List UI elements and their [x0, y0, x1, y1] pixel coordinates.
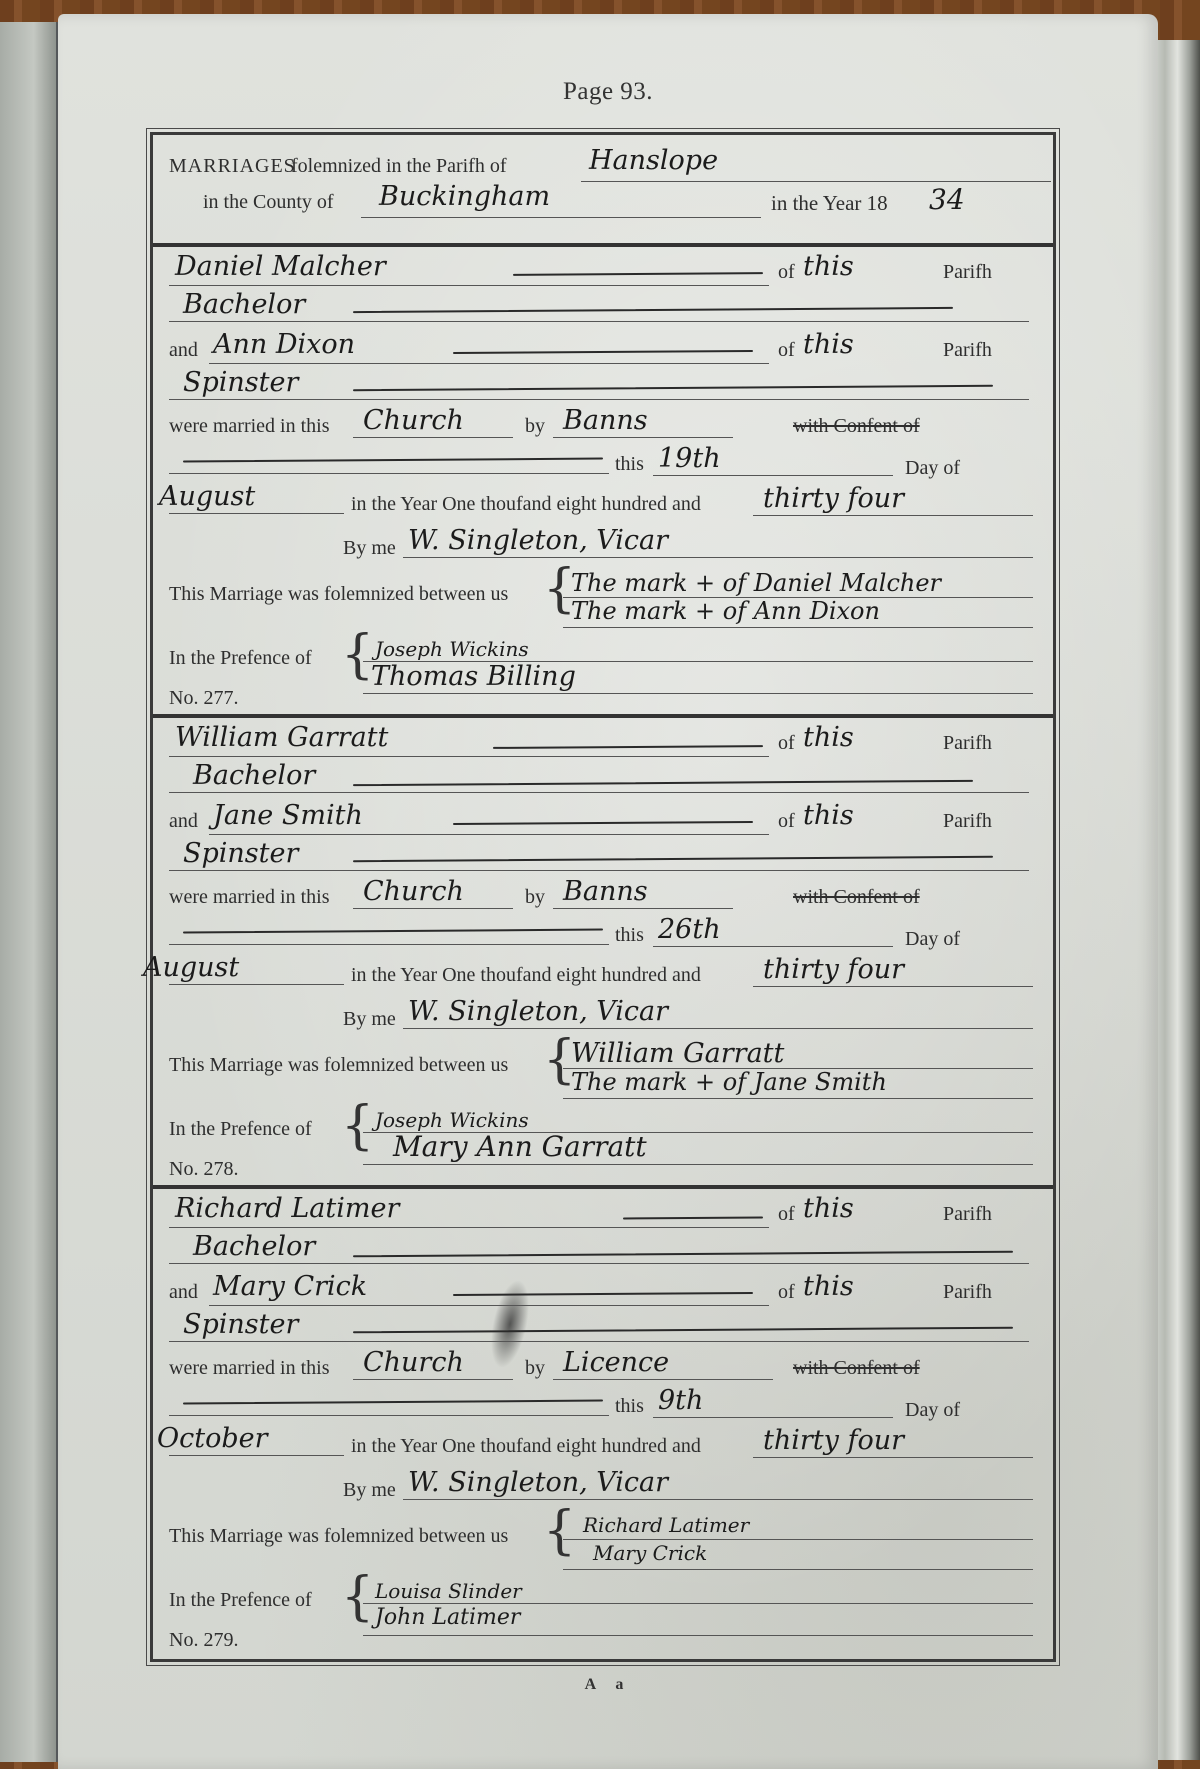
groom-status: Bachelor [183, 289, 305, 320]
witness-1: Joseph Wickins [375, 637, 529, 661]
bride-status: Spinster [183, 367, 298, 398]
bride-name: Jane Smith [213, 800, 363, 831]
register-page: Page 93. MARRIAGES folemnized in the Par… [58, 14, 1158, 1769]
party-signature-1: William Garratt [571, 1038, 784, 1069]
marriage-entry: Richard Latimer of this Parifh Bachelor … [153, 1189, 1053, 1660]
party-signature-2: The mark + of Ann Dixon [571, 597, 880, 625]
year-label: in the Year 18 [771, 191, 888, 216]
officiant: W. Singleton, Vicar [408, 1467, 668, 1498]
marriage-year-words: thirty four [763, 483, 904, 514]
groom-status: Bachelor [193, 760, 315, 791]
witness-2: Mary Ann Garratt [393, 1130, 647, 1163]
marriage-month: August [159, 481, 255, 512]
witness-2: Thomas Billing [371, 661, 576, 692]
marriage-place: Church [363, 1347, 464, 1378]
groom-parish: this [803, 1193, 854, 1224]
groom-name: William Garratt [175, 722, 388, 753]
witness-1: Louisa Slinder [375, 1579, 522, 1603]
entry-number: No. 277. [169, 687, 238, 710]
marriage-year-words: thirty four [763, 954, 904, 985]
marriage-month: October [157, 1423, 268, 1454]
party-signature-2: The mark + of Jane Smith [571, 1068, 887, 1096]
bride-parish: this [803, 329, 854, 360]
marriage-day: 19th [658, 443, 721, 474]
bride-parish: this [803, 800, 854, 831]
marriage-day: 9th [658, 1385, 703, 1416]
printer-signature-mark: A a [58, 1676, 1158, 1694]
witness-2: John Latimer [375, 1605, 520, 1630]
bride-status: Spinster [183, 838, 298, 869]
facing-page-edge [0, 22, 58, 1762]
groom-name: Richard Latimer [175, 1193, 399, 1224]
marriage-place: Church [363, 405, 464, 436]
entry-number: No. 279. [169, 1629, 238, 1652]
marriage-method: Banns [563, 876, 648, 907]
page-number: Page 93. [58, 78, 1158, 106]
bride-name: Mary Crick [213, 1271, 367, 1302]
officiant: W. Singleton, Vicar [408, 996, 668, 1027]
marriage-place: Church [363, 876, 464, 907]
marriage-day: 26th [658, 914, 721, 945]
entry-number: No. 278. [169, 1158, 238, 1181]
groom-parish: this [803, 722, 854, 753]
marriage-entry: William Garratt of this Parifh Bachelor … [153, 718, 1053, 1189]
county-name: Buckingham [379, 181, 550, 212]
groom-name: Daniel Malcher [175, 251, 386, 282]
witness-1: Joseph Wickins [375, 1108, 529, 1132]
party-signature-2: Mary Crick [593, 1541, 707, 1565]
bride-name: Ann Dixon [213, 329, 355, 360]
groom-parish: this [803, 251, 854, 282]
marriage-entry: Daniel Malcher of this Parifh Bachelor a… [153, 247, 1053, 718]
marriage-year-words: thirty four [763, 1425, 904, 1456]
party-signature-1: The mark + of Daniel Malcher [571, 569, 941, 597]
year-suffix: 34 [929, 183, 965, 216]
marriage-month: August [143, 952, 239, 983]
county-label: in the County of [203, 191, 334, 214]
parish-name: Hanslope [589, 145, 718, 176]
bride-parish: this [803, 1271, 854, 1302]
bride-status: Spinster [183, 1309, 298, 1340]
marriage-method: Licence [563, 1347, 669, 1378]
groom-status: Bachelor [193, 1231, 315, 1262]
register-header: MARRIAGES folemnized in the Parifh of Ha… [153, 135, 1053, 247]
party-signature-1: Richard Latimer [583, 1513, 749, 1537]
officiant: W. Singleton, Vicar [408, 525, 668, 556]
marriage-method: Banns [563, 405, 648, 436]
solemnized-label: folemnized in the Parifh of [291, 155, 507, 178]
marriage-register-form: MARRIAGES folemnized in the Parifh of Ha… [150, 132, 1056, 1662]
marriages-heading: MARRIAGES [169, 155, 296, 178]
